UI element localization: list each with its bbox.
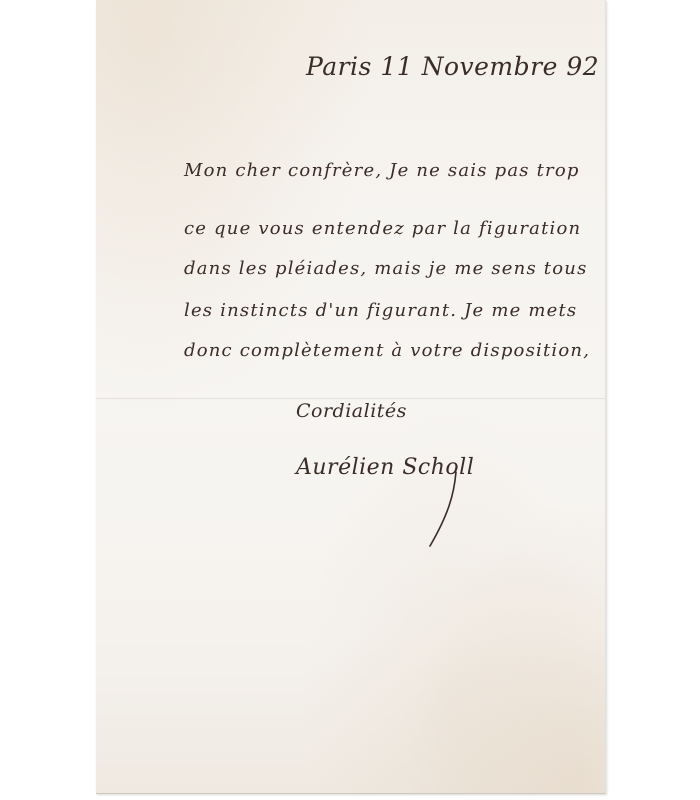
signature-flourish-icon: [426, 470, 466, 550]
body-line-2: ce que vous entendez par la figuration: [184, 218, 581, 239]
body-line-3: dans les pléiades, mais je me sens tous: [184, 258, 588, 279]
body-line-5: donc complètement à votre disposition,: [184, 340, 590, 361]
body-line-1: Mon cher confrère, Je ne sais pas trop: [184, 160, 580, 181]
date-line: Paris 11 Novembre 92: [306, 52, 599, 81]
closing: Cordialités: [296, 400, 407, 422]
body-line-4: les instincts d'un figurant. Je me mets: [184, 300, 577, 321]
letter-paper: Paris 11 Novembre 92 Mon cher confrère, …: [96, 0, 606, 794]
